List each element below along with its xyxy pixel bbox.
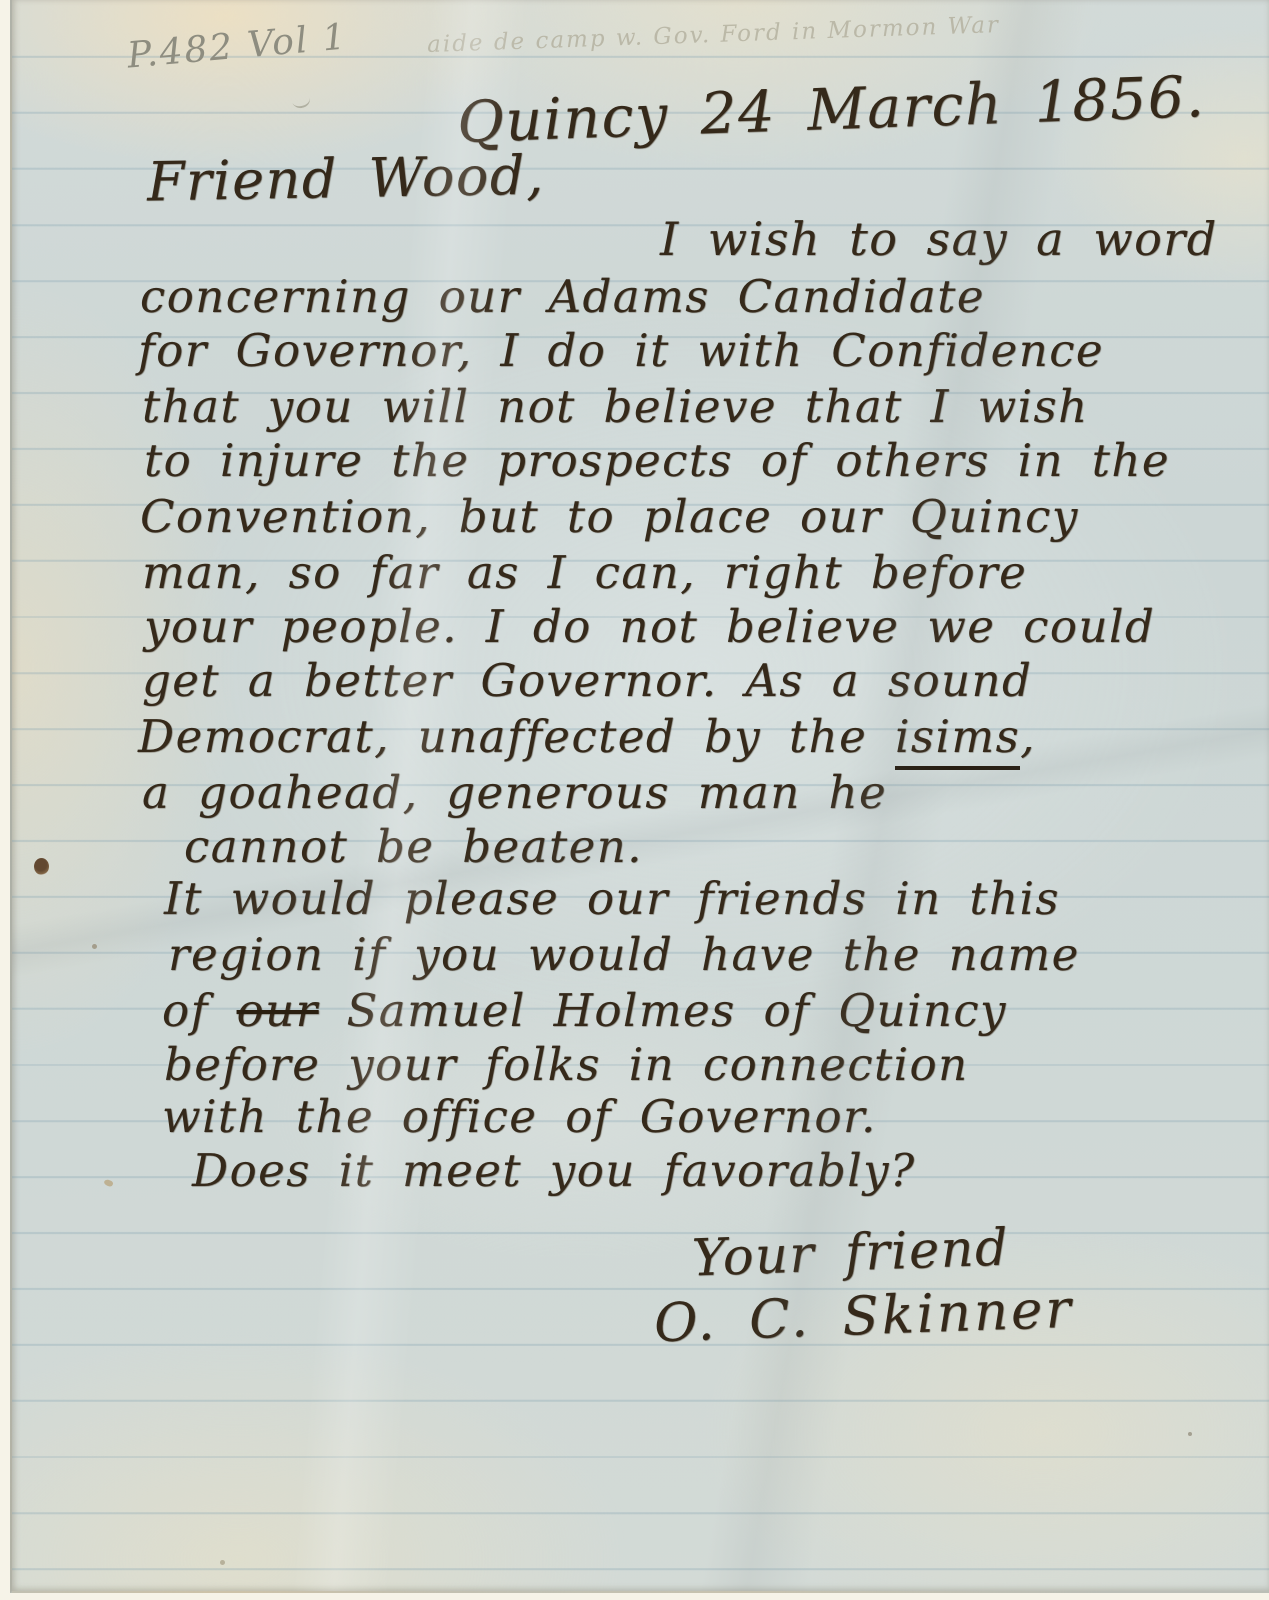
foxing-speck — [92, 944, 97, 949]
letter-line: It would please our friends in this — [164, 876, 1060, 921]
letter-line: that you will not believe that I wish — [142, 384, 1089, 429]
letter-opening-line: I wish to say a word — [660, 216, 1218, 262]
letter-line: cannot be beaten. — [184, 824, 643, 869]
letter-salutation: Friend Wood, — [147, 149, 546, 210]
holmes-line-post: Samuel Holmes of Quincy — [319, 984, 1007, 1037]
letter-line: region if you would have the name — [168, 932, 1080, 977]
letter-line: for Governor, I do it with Confidence — [138, 328, 1104, 373]
pencil-squiggle — [290, 90, 312, 110]
letter-signature: O. C. Skinner — [653, 1283, 1074, 1351]
letter-line: before your folks in connection — [164, 1042, 969, 1087]
letter-paper: P.482 Vol 1 aide de camp w. Gov. Ford in… — [10, 0, 1269, 1593]
letter-line: Convention, but to place our Quincy — [140, 494, 1079, 539]
letter-line: with the office of Governor. — [162, 1094, 877, 1139]
holmes-line-pre: of — [162, 984, 237, 1037]
letter-dateline: Quincy 24 March 1856. — [456, 69, 1206, 152]
foxing-speck — [1188, 1432, 1192, 1436]
letter-line-democrat: Democrat, unaffected by the isims, — [138, 714, 1036, 759]
underlined-word-isims: isims — [895, 710, 1020, 770]
catalog-reference: P.482 Vol 1 — [126, 16, 349, 76]
letter-line: to injure the prospects of others in the — [144, 438, 1170, 483]
letter-line: your people. I do not believe we could — [144, 604, 1155, 649]
letter-line: man, so far as I can, right before — [142, 550, 1027, 595]
foxing-speck — [103, 1178, 114, 1187]
letter-question-line: Does it meet you favorably? — [192, 1148, 916, 1193]
letter-line: concerning our Adams Candidate — [140, 274, 985, 319]
pencil-note: aide de camp w. Gov. Ford in Mormon War — [427, 12, 1001, 58]
struck-word-our: our — [237, 984, 319, 1037]
letter-line-holmes: of our Samuel Holmes of Quincy — [162, 988, 1007, 1033]
letter-closing: Your friend — [691, 1222, 1010, 1284]
foxing-speck — [220, 1560, 225, 1565]
democrat-line-post: , — [1020, 710, 1036, 763]
letter-line: a goahead, generous man he — [142, 770, 887, 815]
ink-stain — [34, 858, 49, 875]
democrat-line-pre: Democrat, unaffected by the — [138, 710, 895, 763]
letter-line: get a better Governor. As a sound — [142, 658, 1032, 703]
